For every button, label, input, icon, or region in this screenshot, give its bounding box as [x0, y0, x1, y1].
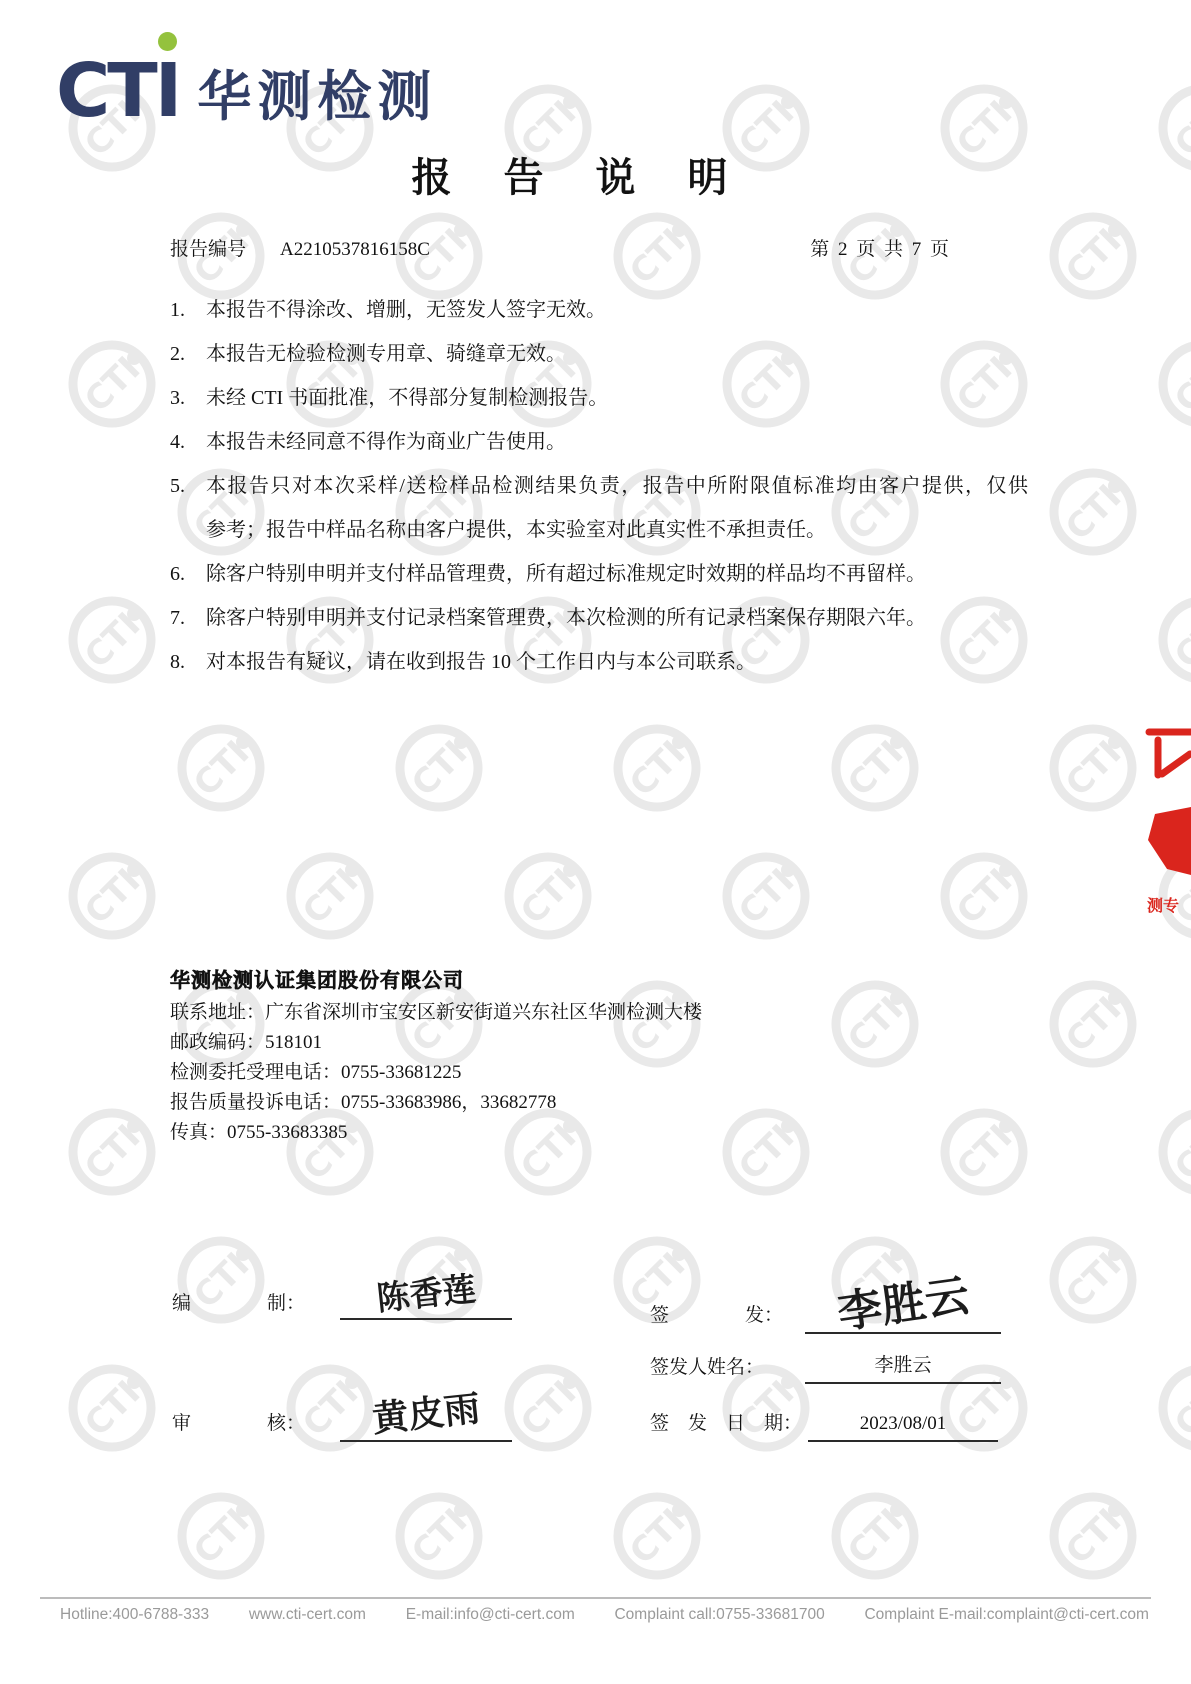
- note-text: 未经 CTI 书面批准，不得部分复制检测报告。: [206, 376, 1028, 420]
- report-number-value: A2210537816158C: [280, 239, 430, 260]
- note-text: 本报告不得涂改、增删，无签发人签字无效。: [206, 288, 1028, 332]
- note-text: 除客户特别申明并支付记录档案管理费，本次检测的所有记录档案保存期限六年。: [206, 596, 1028, 640]
- issuer-name-value: 李胜云: [805, 1350, 1001, 1377]
- note-number: 5.: [170, 464, 185, 508]
- issued-by-signature: 李胜云: [833, 1259, 973, 1341]
- note-text: 本报告无检验检测专用章、骑缝章无效。: [206, 332, 1028, 376]
- document-content: CTI 华测检测 报告说明 报告编号A2210537816158C 第 2 页 …: [0, 0, 1191, 1684]
- page-title: 报告说明: [0, 146, 1191, 203]
- report-page: CTI CTI CTI CTI: [0, 0, 1191, 1684]
- company-contact-line: 联系地址：广东省深圳市宝安区新安街道兴东社区华测检测大楼: [170, 998, 702, 1028]
- note-item: 1. 本报告不得涂改、增删，无签发人签字无效。: [170, 288, 1028, 332]
- red-seal-fragment: 测专: [1145, 662, 1191, 924]
- issuer-name-line: 李胜云: [805, 1382, 1001, 1384]
- note-text: 对本报告有疑议，请在收到报告 10 个工作日内与本公司联系。: [206, 640, 1028, 684]
- note-item: 7. 除客户特别申明并支付记录档案管理费，本次检测的所有记录档案保存期限六年。: [170, 596, 1028, 640]
- note-text-continued: 参考；报告中样品名称由客户提供，本实验室对此真实性不承担责任。: [206, 508, 1028, 552]
- seal-stroke: [1162, 754, 1190, 774]
- note-item: 8. 对本报告有疑议，请在收到报告 10 个工作日内与本公司联系。: [170, 640, 1028, 684]
- prepared-by-label: 编 制：: [172, 1288, 305, 1315]
- cti-letters: CTI: [56, 48, 179, 134]
- footer-contact-item: E-mail:info@cti-cert.com: [406, 1606, 575, 1624]
- note-item: 5. 本报告只对本次采样/送检样品检测结果负责，报告中所附限值标准均由客户提供，…: [170, 464, 1028, 552]
- company-contact-line: 邮政编码：518101: [170, 1028, 702, 1058]
- footer-contact-item: www.cti-cert.com: [249, 1606, 366, 1624]
- seal-text-fragment: 测专: [1147, 896, 1179, 915]
- note-item: 4. 本报告未经同意不得作为商业广告使用。: [170, 420, 1028, 464]
- report-number-label: 报告编号: [170, 239, 246, 260]
- reviewed-by-label: 审 核：: [172, 1408, 305, 1435]
- cti-logo-text: CTI: [56, 30, 179, 128]
- issued-by-signature-line: 李胜云: [805, 1332, 1001, 1334]
- company-contact-line: 报告质量投诉电话：0755-33683986，33682778: [170, 1088, 702, 1118]
- footer-contact-bar: Hotline:400-6788-333 www.cti-cert.com E-…: [60, 1606, 1149, 1624]
- reviewed-by-signature: 黄皮雨: [370, 1380, 483, 1442]
- prepared-by-signature-line: 陈香莲: [340, 1318, 512, 1320]
- seal-star-fragment: [1148, 807, 1191, 875]
- note-item: 2. 本报告无检验检测专用章、骑缝章无效。: [170, 332, 1028, 376]
- issue-date-line: 2023/08/01: [808, 1440, 998, 1442]
- page-indicator: 第 2 页 共 7 页: [810, 234, 951, 261]
- footer-contact-item: Hotline:400-6788-333: [60, 1606, 209, 1624]
- note-text: 除客户特别申明并支付样品管理费，所有超过标准规定时效期的样品均不再留样。: [206, 552, 1028, 596]
- note-number: 3.: [170, 376, 185, 420]
- cti-logo: CTI 华测检测: [56, 30, 437, 128]
- reviewed-by-signature-line: 黄皮雨: [340, 1440, 512, 1442]
- note-number: 1.: [170, 288, 185, 332]
- note-item: 3. 未经 CTI 书面批准，不得部分复制检测报告。: [170, 376, 1028, 420]
- company-name: 华测检测认证集团股份有限公司: [170, 964, 702, 998]
- note-number: 4.: [170, 420, 185, 464]
- footer-contact-item: Complaint E-mail:complaint@cti-cert.com: [864, 1606, 1148, 1624]
- prepared-by-signature: 陈香莲: [374, 1263, 477, 1320]
- note-number: 8.: [170, 640, 185, 684]
- note-number: 2.: [170, 332, 185, 376]
- notes-list: 1. 本报告不得涂改、增删，无签发人签字无效。 2. 本报告无检验检测专用章、骑…: [170, 288, 1028, 684]
- footer-contact-item: Complaint call:0755-33681700: [614, 1606, 824, 1624]
- report-header-row: 报告编号A2210537816158C 第 2 页 共 7 页: [170, 234, 1021, 261]
- note-number: 6.: [170, 552, 185, 596]
- issue-date-label: 签 发 日 期：: [650, 1408, 802, 1435]
- report-number-group: 报告编号A2210537816158C: [170, 234, 430, 261]
- company-contact-line: 检测委托受理电话：0755-33681225: [170, 1058, 702, 1088]
- note-number: 7.: [170, 596, 185, 640]
- footer-divider: [40, 1597, 1151, 1599]
- company-contact-lines: 联系地址：广东省深圳市宝安区新安街道兴东社区华测检测大楼 邮政编码：518101…: [170, 998, 702, 1148]
- issuer-name-label: 签发人姓名：: [650, 1352, 764, 1379]
- company-contact-line: 传真：0755-33683385: [170, 1118, 702, 1148]
- issue-date-value: 2023/08/01: [808, 1413, 998, 1435]
- issued-by-label: 签 发：: [650, 1300, 783, 1327]
- note-text: 本报告只对本次采样/送检样品检测结果负责，报告中所附限值标准均由客户提供，仅供: [206, 464, 1028, 508]
- company-info-block: 华测检测认证集团股份有限公司 联系地址：广东省深圳市宝安区新安街道兴东社区华测检…: [170, 964, 702, 1148]
- note-item: 6. 除客户特别申明并支付样品管理费，所有超过标准规定时效期的样品均不再留样。: [170, 552, 1028, 596]
- note-text: 本报告未经同意不得作为商业广告使用。: [206, 420, 1028, 464]
- cti-logo-chinese: 华测检测: [197, 70, 437, 128]
